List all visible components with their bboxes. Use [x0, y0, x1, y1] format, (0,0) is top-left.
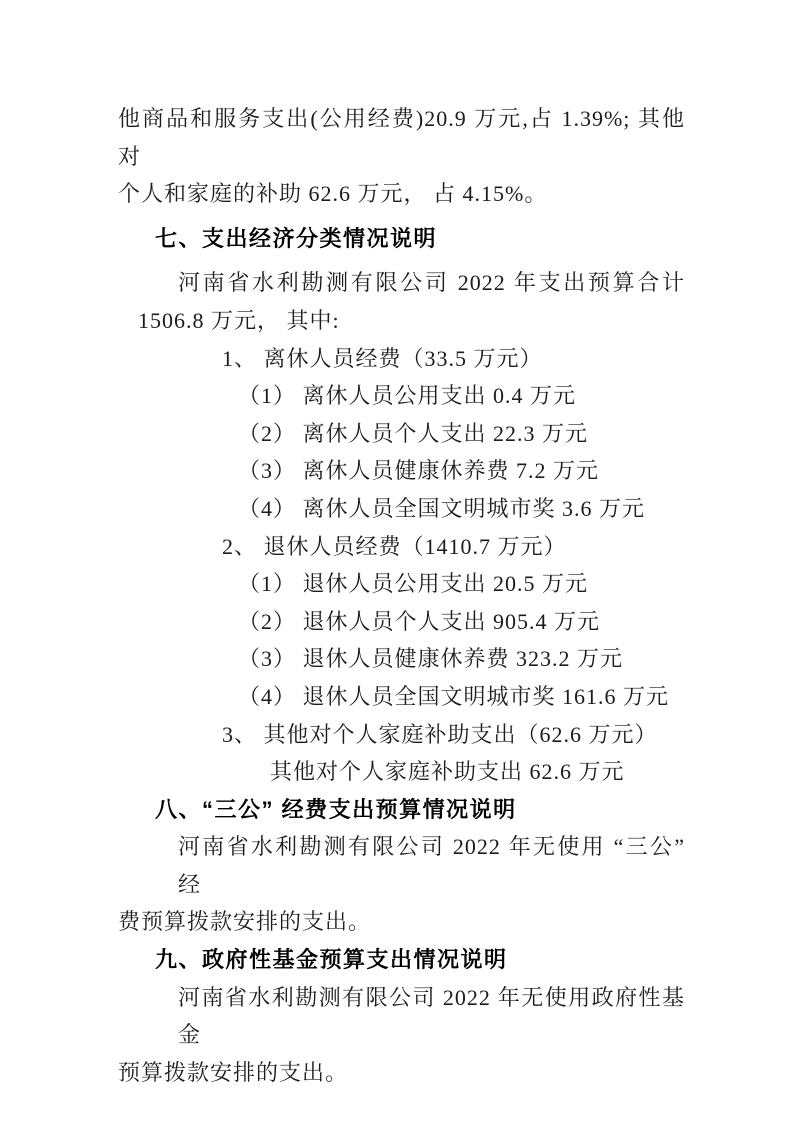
section-heading-three-public-funds: 八、“三公” 经费支出预算情况说明 [155, 791, 685, 829]
sub-item-1-4: （4） 离休人员全国文明城市奖 3.6 万元 [238, 490, 685, 528]
list-item-3-other-subsidies: 3、 其他对个人家庭补助支出（62.6 万元） [222, 716, 685, 754]
paragraph-first-line: 河南省水利勘测有限公司 2022 年无使用政府性基金 [178, 979, 685, 1054]
document-page: 他商品和服务支出(公用经费)20.9 万元,占 1.39%; 其他对 个人和家庭… [0, 0, 800, 1131]
sub-item-2-4: （4） 退休人员全国文明城市奖 161.6 万元 [238, 678, 685, 716]
sub-line-other-subsidies: 其他对个人家庭补助支出 62.6 万元 [270, 753, 685, 791]
paragraph-line: 个人和家庭的补助 62.6 万元， 占 4.15%。 [118, 175, 685, 213]
section-heading-expenditure-classification: 七、支出经济分类情况说明 [155, 220, 685, 258]
paragraph-first-line: 河南省水利勘测有限公司 2022 年无使用 “三公” 经 [178, 828, 685, 903]
list-item-2-retiree-funds: 2、 退休人员经费（1410.7 万元） [222, 528, 685, 566]
paragraph-continuation-line: 他商品和服务支出(公用经费)20.9 万元,占 1.39%; 其他对 [118, 100, 685, 175]
paragraph-continuation-line: 预算拨款安排的支出。 [118, 1054, 685, 1092]
section-heading-government-fund-budget: 九、政府性基金预算支出情况说明 [155, 941, 685, 979]
budget-total-line: 1506.8 万元， 其中: [138, 302, 685, 340]
document-content: 他商品和服务支出(公用经费)20.9 万元,占 1.39%; 其他对 个人和家庭… [0, 0, 800, 1091]
sub-item-1-1: （1） 离休人员公用支出 0.4 万元 [238, 377, 685, 415]
sub-item-1-3: （3） 离休人员健康休养费 7.2 万元 [238, 452, 685, 490]
sub-item-2-3: （3） 退休人员健康休养费 323.2 万元 [238, 640, 685, 678]
sub-item-2-2: （2） 退休人员个人支出 905.4 万元 [238, 603, 685, 641]
sub-item-1-2: （2） 离休人员个人支出 22.3 万元 [238, 415, 685, 453]
paragraph-first-line: 河南省水利勘测有限公司 2022 年支出预算合计 [178, 264, 685, 302]
paragraph-continuation-line: 费预算拨款安排的支出。 [118, 903, 685, 941]
list-item-1-retired-cadre-funds: 1、 离休人员经费（33.5 万元） [222, 340, 685, 378]
sub-item-2-1: （1） 退休人员公用支出 20.5 万元 [238, 565, 685, 603]
